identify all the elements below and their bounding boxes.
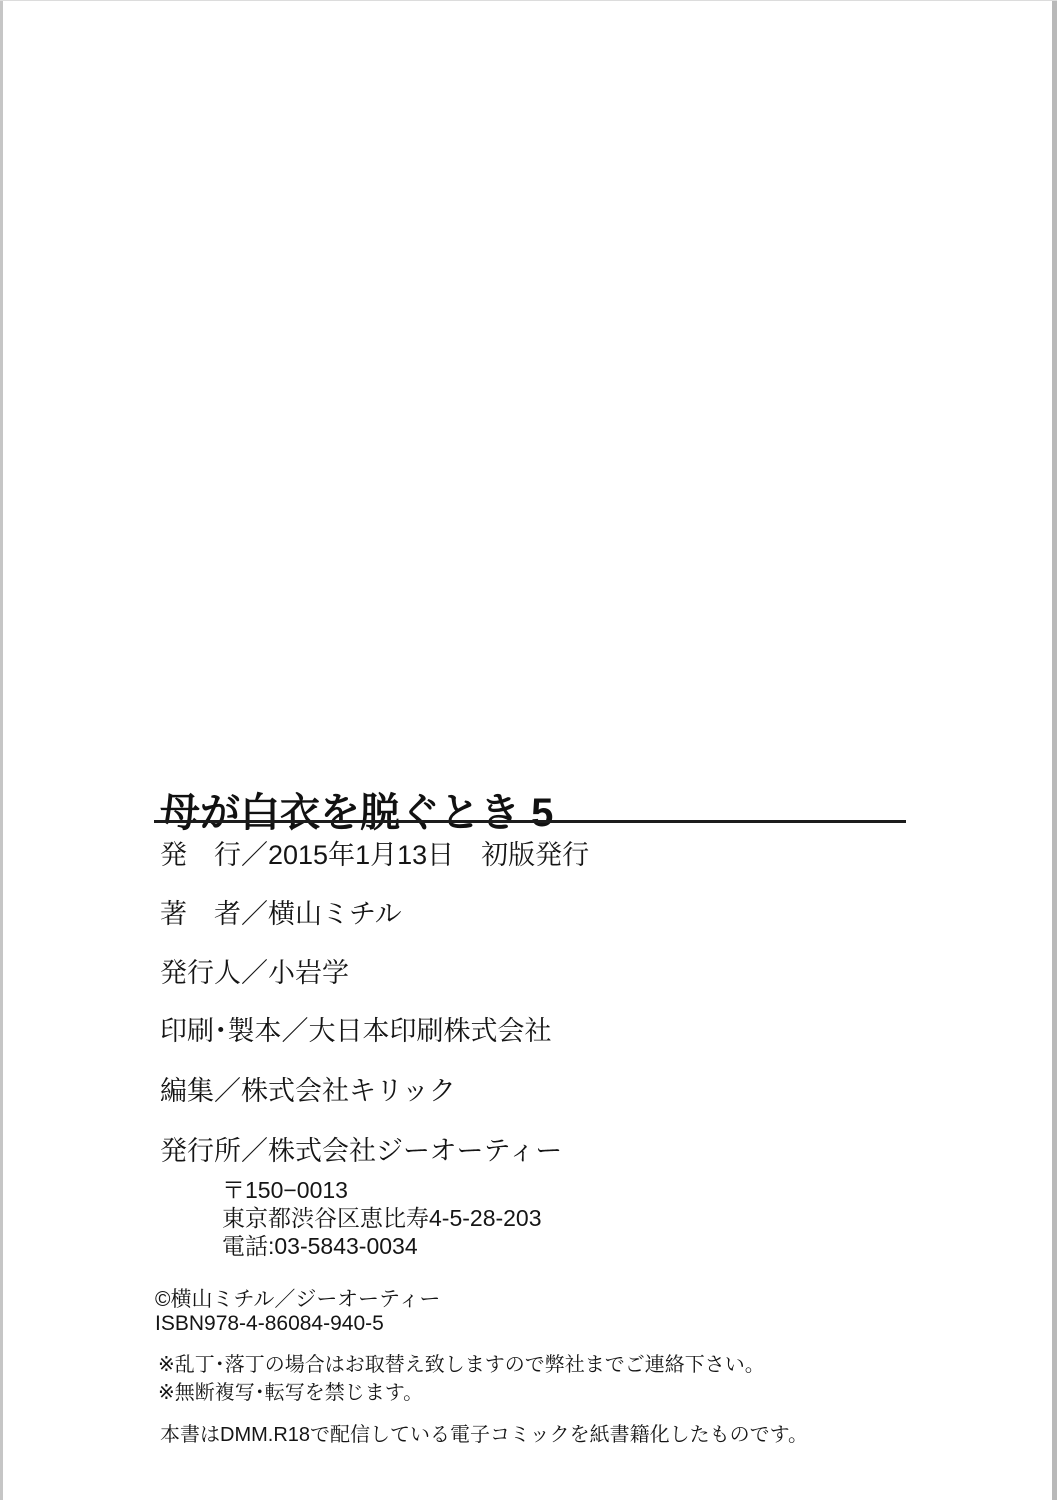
- editor-line: 編集／株式会社キリック: [160, 1077, 456, 1107]
- page-right-edge: [1052, 1, 1057, 1500]
- author-line: 著 者／横山ミチル: [160, 900, 402, 930]
- address-line: 東京都渋谷区恵比寿4-5-28-203: [222, 1206, 542, 1231]
- defect-replacement-notice: ※乱丁･落丁の場合はお取替え致しますので弊社までご連絡下さい。: [158, 1354, 765, 1376]
- book-title: 母が白衣を脱ぐとき 5: [160, 791, 553, 835]
- copy-prohibition-notice: ※無断複写･転写を禁じます。: [158, 1382, 423, 1404]
- phone-line: 電話:03-5843-0034: [222, 1234, 418, 1259]
- publication-date-line: 発 行／2015年1月13日 初版発行: [160, 841, 589, 871]
- title-divider-rule: [154, 820, 906, 823]
- postal-code: 〒150−0013: [222, 1178, 348, 1203]
- digital-source-notice: 本書はDMM.R18で配信している電子コミックを紙書籍化したものです。: [160, 1424, 808, 1446]
- publisher-person-line: 発行人／小岩学: [160, 959, 349, 989]
- isbn-line: ISBN978-4-86084-940-5: [155, 1312, 384, 1335]
- colophon-page: 母が白衣を脱ぐとき 5 発 行／2015年1月13日 初版発行 著 者／横山ミチ…: [0, 0, 1057, 1500]
- printing-binding-line: 印刷･製本／大日本印刷株式会社: [160, 1017, 552, 1047]
- copyright-line: ©横山ミチル／ジーオーティー: [155, 1288, 440, 1311]
- page-left-edge: [0, 1, 3, 1500]
- publishing-company-line: 発行所／株式会社ジーオーティー: [160, 1137, 562, 1167]
